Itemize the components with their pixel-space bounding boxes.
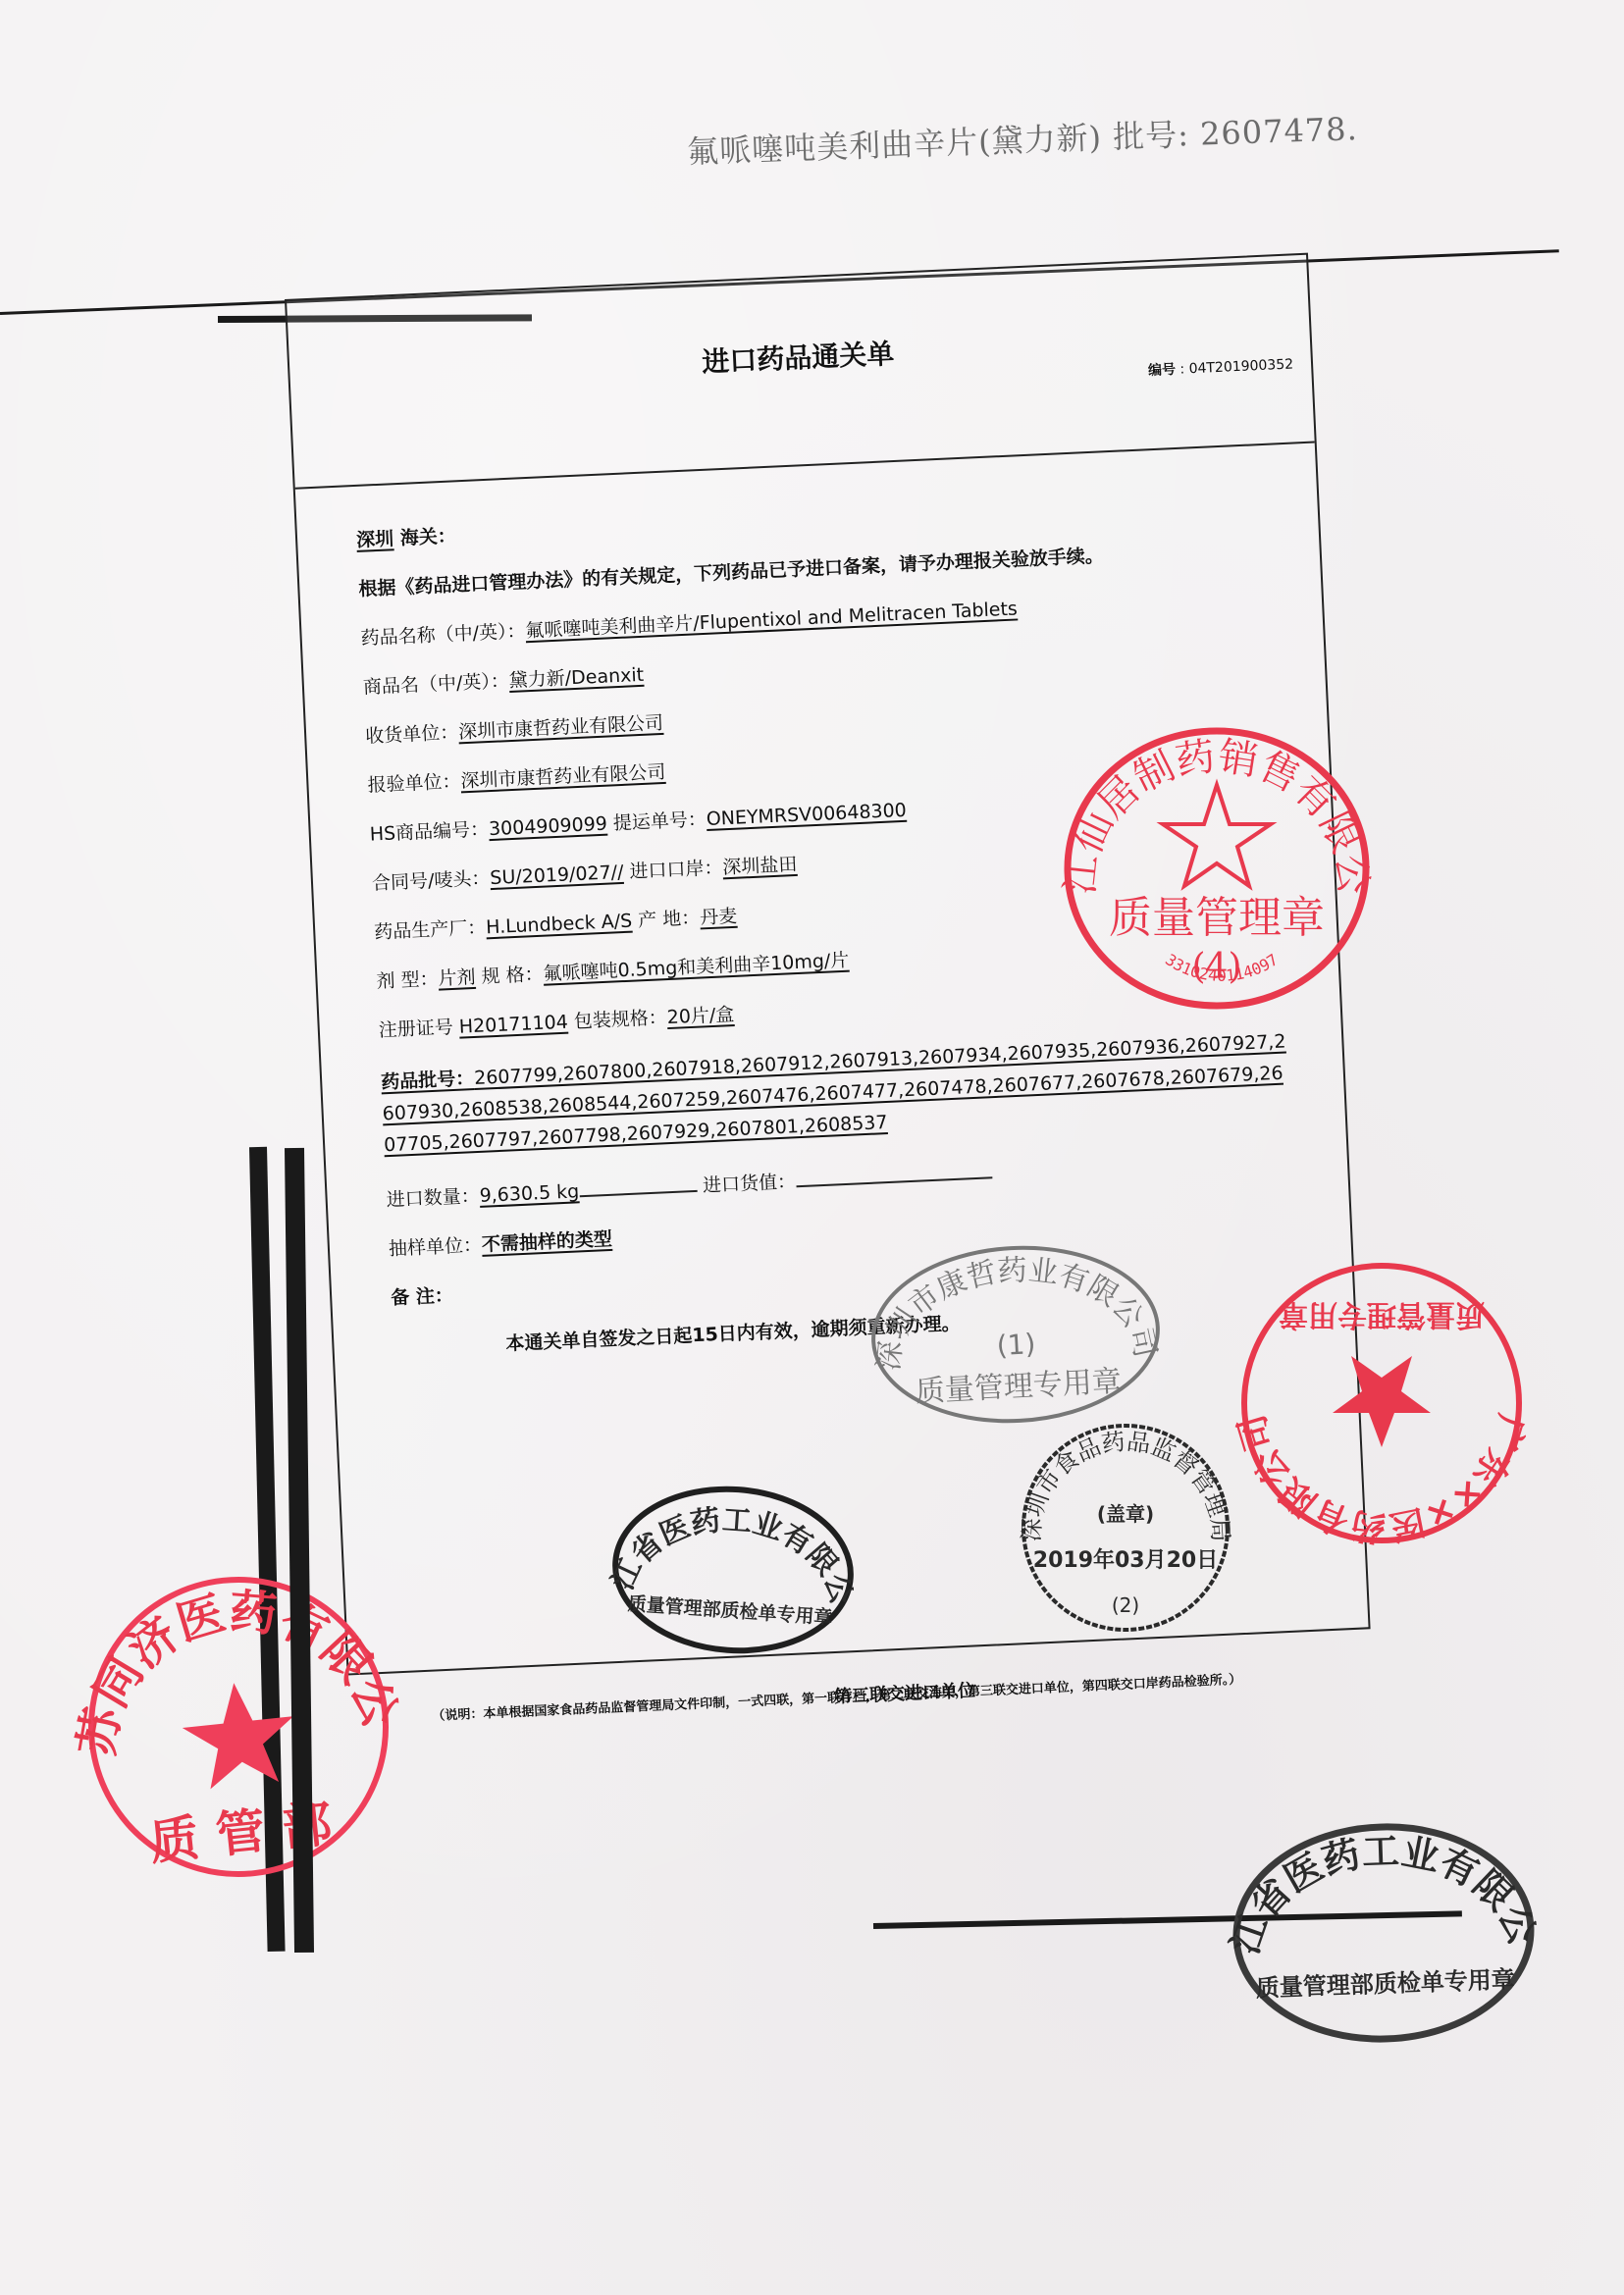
- form-number-label: 编号: [1148, 362, 1177, 379]
- form-number: 编号 : 04T201900352: [1148, 353, 1294, 380]
- drug-name-label: 药品名称（中/英）：: [360, 620, 526, 650]
- stamp-fda-date: 深圳市食品药品监督管理局 (盖章) 2019年03月20日 (2): [1016, 1418, 1236, 1634]
- quantity-label: 进口数量：: [386, 1185, 480, 1211]
- form-number-value: 04T201900352: [1188, 356, 1293, 377]
- stamp-xianju-quality: 浙江仙居制药销售有限公司 质量管理章 (4) 3310240114097: [1055, 721, 1379, 1016]
- stamp-zhejiang1-center-text: 质量管理部质检单专用章: [627, 1592, 833, 1630]
- origin-value: 丹麦: [700, 906, 738, 929]
- import-value-label: 进口货值：: [703, 1171, 797, 1196]
- stamp-tongji-quality: 江苏同济医药有限公司 质管部: [61, 1554, 416, 1901]
- package-value: 20片/盒: [666, 1004, 735, 1028]
- stamp-kangzhe-center-text: 质量管理专用章: [915, 1364, 1123, 1409]
- dosage-form-label: 剂 型：: [376, 968, 439, 993]
- bill-of-lading-label: 提运单号：: [612, 808, 707, 834]
- stamp-tongji-center-text: 质管部: [147, 1794, 352, 1871]
- port-label: 进口口岸：: [629, 857, 723, 882]
- stamp-guangdong-center-text: 质量管理专用章: [1279, 1297, 1485, 1331]
- manufacturer-value: H.Lundbeck A/S: [486, 911, 633, 939]
- sampling-label: 抽样单位：: [389, 1234, 483, 1260]
- addressee-suffix: 海关：: [399, 525, 456, 549]
- drug-name-value: 氟哌噻吨美利曲辛片/Flupentixol and Melitracen Tab…: [525, 598, 1018, 642]
- trade-name-label: 商品名（中/英）：: [363, 670, 510, 699]
- stamp-zhejiang-inspection-1: 浙江省医药工业有限公司 质量管理部质检单专用章: [602, 1473, 864, 1666]
- stamp-guangdong-quality: 广东××医药有限公司 质量管理专用章: [1234, 1256, 1529, 1550]
- trade-name-value: 黛力新/Deanxit: [508, 664, 644, 692]
- hs-code-value: 3004909099: [489, 813, 608, 840]
- stamp-fda-date-text: 2019年03月20日: [1033, 1547, 1218, 1573]
- registration-value: H20171104: [458, 1012, 568, 1038]
- stamp-fda-center-text: (盖章): [1097, 1502, 1154, 1526]
- manufacturer-label: 药品生产厂：: [374, 916, 487, 943]
- stamp-zhejiang-inspection-2: 浙江省医药工业有限公司 质量管理部质检单专用章: [1223, 1809, 1545, 2056]
- stamp-zhejiang2-center-text: 质量管理部质检单专用章: [1255, 1965, 1515, 2002]
- consignee-label: 收货单位：: [365, 721, 459, 747]
- remarks-label: 备 注：: [391, 1284, 454, 1309]
- stamp-xianju-center-text: 质量管理章: [1109, 893, 1325, 943]
- contract-label: 合同号/唛头：: [372, 867, 491, 894]
- form-title: 进口药品通关单: [701, 333, 895, 381]
- contract-value: SU/2019/027//: [490, 861, 624, 889]
- registration-label: 注册证号: [378, 1017, 453, 1041]
- sampling-value: 不需抽样的类型: [481, 1228, 612, 1256]
- import-value-blank: [795, 1159, 992, 1187]
- spec-label: 规 格：: [481, 964, 544, 988]
- batch-value: 2607799,2607800,2607918,2607912,2607913,…: [382, 1031, 1286, 1157]
- stamp-kangzhe-quality: 深圳市康哲药业有限公司 (1) 质量管理专用章: [864, 1233, 1168, 1434]
- hs-code-label: HS商品编号：: [369, 818, 489, 845]
- origin-label: 产 地：: [638, 907, 701, 931]
- consignee-value: 深圳市康哲药业有限公司: [458, 712, 664, 743]
- port-value: 深圳盐田: [722, 854, 798, 878]
- stamp-fda-sub-text: (2): [1112, 1593, 1139, 1617]
- spec-value: 氟哌噻吨0.5mg和美利曲辛10mg/片: [543, 950, 850, 985]
- field-batch-numbers: 药品批号：2607799,2607800,2607918,2607912,260…: [381, 1025, 1296, 1161]
- batch-label: 药品批号：: [381, 1068, 475, 1093]
- inspection-unit-value: 深圳市康哲药业有限公司: [460, 761, 666, 792]
- addressee-city: 深圳: [356, 528, 394, 551]
- inspection-unit-label: 报验单位：: [367, 770, 461, 796]
- stamp-kangzhe-sub-text: (1): [996, 1328, 1036, 1362]
- bill-of-lading-value: ONEYMRSV00648300: [706, 800, 907, 830]
- package-label: 包装规格：: [573, 1007, 667, 1032]
- quantity-value: 9,630.5 kg: [479, 1180, 580, 1207]
- dosage-form-value: 片剂: [438, 966, 476, 990]
- quantity-blank: [579, 1173, 698, 1197]
